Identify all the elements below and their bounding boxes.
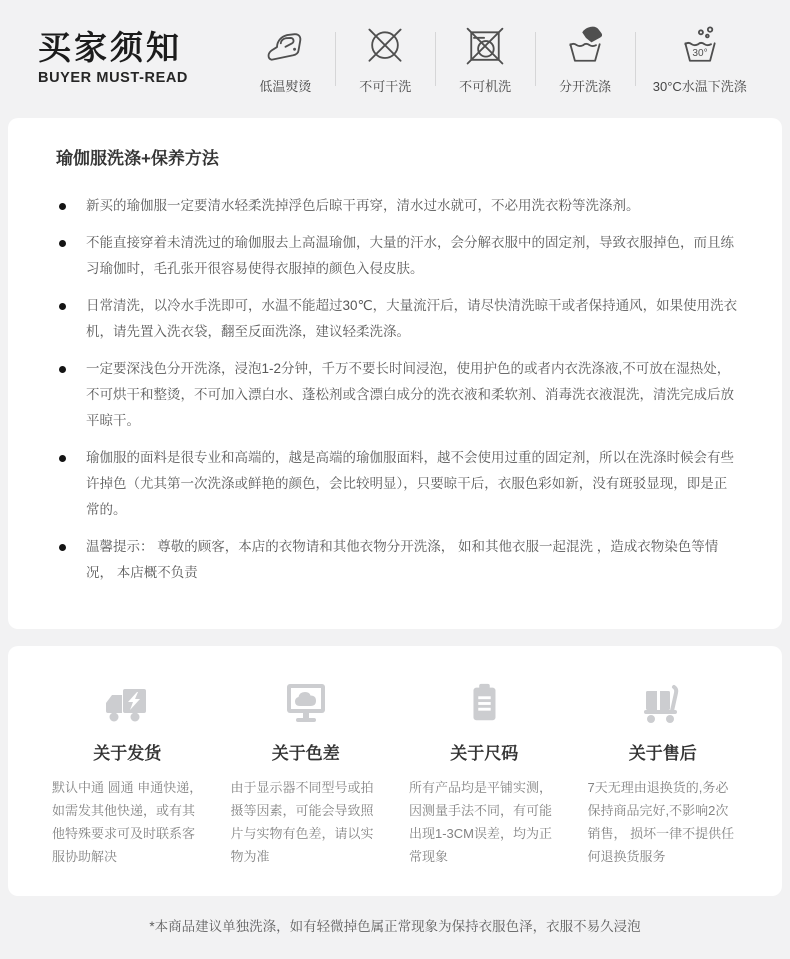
bullet-dot-icon (59, 366, 66, 373)
info-column-text: 所有产品均是平铺实测，因测量手法不同，有可能出现1-3CM误差，均为正常现象 (409, 776, 560, 868)
bullet-dot-icon (59, 544, 66, 551)
footer-note: *本商品建议单独洗涤，如有轻微掉色属正常现象为保持衣服色泽，衣服不易久浸泡 (0, 896, 790, 959)
info-column-shipping: 关于发货 默认中通 圆通 申通快递，如需发其他快递，或有其他特殊要求可及时联系客… (38, 680, 217, 868)
care-symbol-label: 30°C水温下洗涤 (653, 76, 747, 95)
care-bullet-item: 温馨提示： 尊敬的顾客，本店的衣物请和其他衣物分开洗涤， 如和其他衣服一起混洗 … (56, 534, 740, 586)
care-symbol-label: 不可机洗 (459, 76, 511, 95)
info-column-title: 关于尺码 (450, 739, 518, 764)
info-column-title: 关于售后 (629, 739, 697, 764)
buyer-notice-page: 买家须知 BUYER MUST-READ 低温熨烫 (0, 0, 790, 959)
care-bullet-item: 日常清洗，以冷水手洗即可，水温不能超过30℃，大量流汗后，请尽快清洗晾干或者保持… (56, 293, 740, 345)
bullet-dot-icon (59, 303, 66, 310)
care-symbol-label: 不可干洗 (359, 76, 411, 95)
care-bullet-item: 瑜伽服的面料是很专业和高端的，越是高端的瑜伽服面料，越不会使用过重的固定剂，所以… (56, 445, 740, 523)
bullet-dot-icon (59, 203, 66, 210)
monitor-color-icon (282, 680, 330, 726)
care-bullet-text: 瑜伽服的面料是很专业和高端的，越是高端的瑜伽服面料，越不会使用过重的固定剂，所以… (86, 445, 740, 523)
care-bullet-item: 一定要深浅色分开洗涤，浸泡1-2分钟，千万不要长时间浸泡，使用护色的或者内衣洗涤… (56, 356, 740, 434)
care-instructions-card: 瑜伽服洗涤+保养方法 新买的瑜伽服一定要清水轻柔洗掉浮色后晾干再穿，清水过水就可… (8, 118, 782, 629)
delivery-truck-icon (102, 680, 152, 726)
no-machine-wash-icon (463, 23, 507, 69)
care-bullet-item: 不能直接穿着未清洗过的瑜伽服去上高温瑜伽，大量的汗水，会分解衣服中的固定剂，导致… (56, 230, 740, 282)
care-symbol-label: 分开洗涤 (559, 76, 611, 95)
care-symbol-iron: 低温熨烫 (236, 23, 335, 95)
wash-30c-icon: 30° (678, 23, 722, 69)
care-symbol-no-machine-wash: 不可机洗 (436, 23, 535, 95)
no-dry-clean-icon (363, 23, 407, 69)
care-bullet-text: 新买的瑜伽服一定要清水轻柔洗掉浮色后晾干再穿，清水过水就可，不必用洗衣粉等洗涤剂… (86, 193, 640, 219)
info-column-size: 关于尺码 所有产品均是平铺实测，因测量手法不同，有可能出现1-3CM误差，均为正… (395, 680, 574, 868)
care-bullet-text: 一定要深浅色分开洗涤，浸泡1-2分钟，千万不要长时间浸泡，使用护色的或者内衣洗涤… (86, 356, 740, 434)
page-subtitle: BUYER MUST-READ (38, 70, 236, 86)
care-card-title: 瑜伽服洗涤+保养方法 (56, 144, 740, 169)
care-symbol-30c-wash: 30° 30°C水温下洗涤 (636, 23, 765, 95)
care-symbol-separate-wash: 分开洗涤 (536, 23, 635, 95)
info-column-title: 关于发货 (93, 739, 161, 764)
info-column-color: 关于色差 由于显示器不同型号或拍摄等因素，可能会导致照片与实物有色差，请以实物为… (217, 680, 396, 868)
care-bullet-item: 新买的瑜伽服一定要清水轻柔洗掉浮色后晾干再穿，清水过水就可，不必用洗衣粉等洗涤剂… (56, 193, 740, 219)
care-symbol-label: 低温熨烫 (259, 76, 311, 95)
info-column-title: 关于色差 (272, 739, 340, 764)
page-title: 买家须知 (38, 30, 236, 66)
info-column-aftersales: 关于售后 7天无理由退换货的,务必保持商品完好,不影响2次销售， 损坏一律不提供… (574, 680, 753, 868)
care-bullet-text: 日常清洗，以冷水手洗即可，水温不能超过30℃，大量流汗后，请尽快清洗晾干或者保持… (86, 293, 740, 345)
service-info-card: 关于发货 默认中通 圆通 申通快递，如需发其他快递，或有其他特殊要求可及时联系客… (8, 646, 782, 896)
care-bullet-list: 新买的瑜伽服一定要清水轻柔洗掉浮色后晾干再穿，清水过水就可，不必用洗衣粉等洗涤剂… (56, 193, 740, 586)
hand-wash-separate-icon (563, 23, 607, 69)
header-title-block: 买家须知 BUYER MUST-READ (38, 30, 236, 87)
info-column-text: 默认中通 圆通 申通快递，如需发其他快递，或有其他特殊要求可及时联系客服协助解决 (52, 776, 203, 868)
wash-temp-badge: 30° (692, 48, 707, 59)
care-symbol-row: 低温熨烫 不可干洗 (236, 23, 764, 95)
info-column-text: 由于显示器不同型号或拍摄等因素，可能会导致照片与实物有色差，请以实物为准 (231, 776, 382, 868)
iron-icon (263, 23, 307, 69)
info-column-text: 7天无理由退换货的,务必保持商品完好,不影响2次销售， 损坏一律不提供任何退换货… (588, 776, 739, 868)
clipboard-icon (461, 680, 507, 726)
care-bullet-text: 不能直接穿着未清洗过的瑜伽服去上高温瑜伽，大量的汗水，会分解衣服中的固定剂，导致… (86, 230, 740, 282)
bullet-dot-icon (59, 240, 66, 247)
bullet-dot-icon (59, 455, 66, 462)
buyer-notice-header: 买家须知 BUYER MUST-READ 低温熨烫 (0, 0, 790, 118)
trolley-icon (638, 680, 688, 726)
care-bullet-text: 温馨提示： 尊敬的顾客，本店的衣物请和其他衣物分开洗涤， 如和其他衣服一起混洗 … (86, 534, 740, 586)
care-symbol-no-dry-clean: 不可干洗 (336, 23, 435, 95)
